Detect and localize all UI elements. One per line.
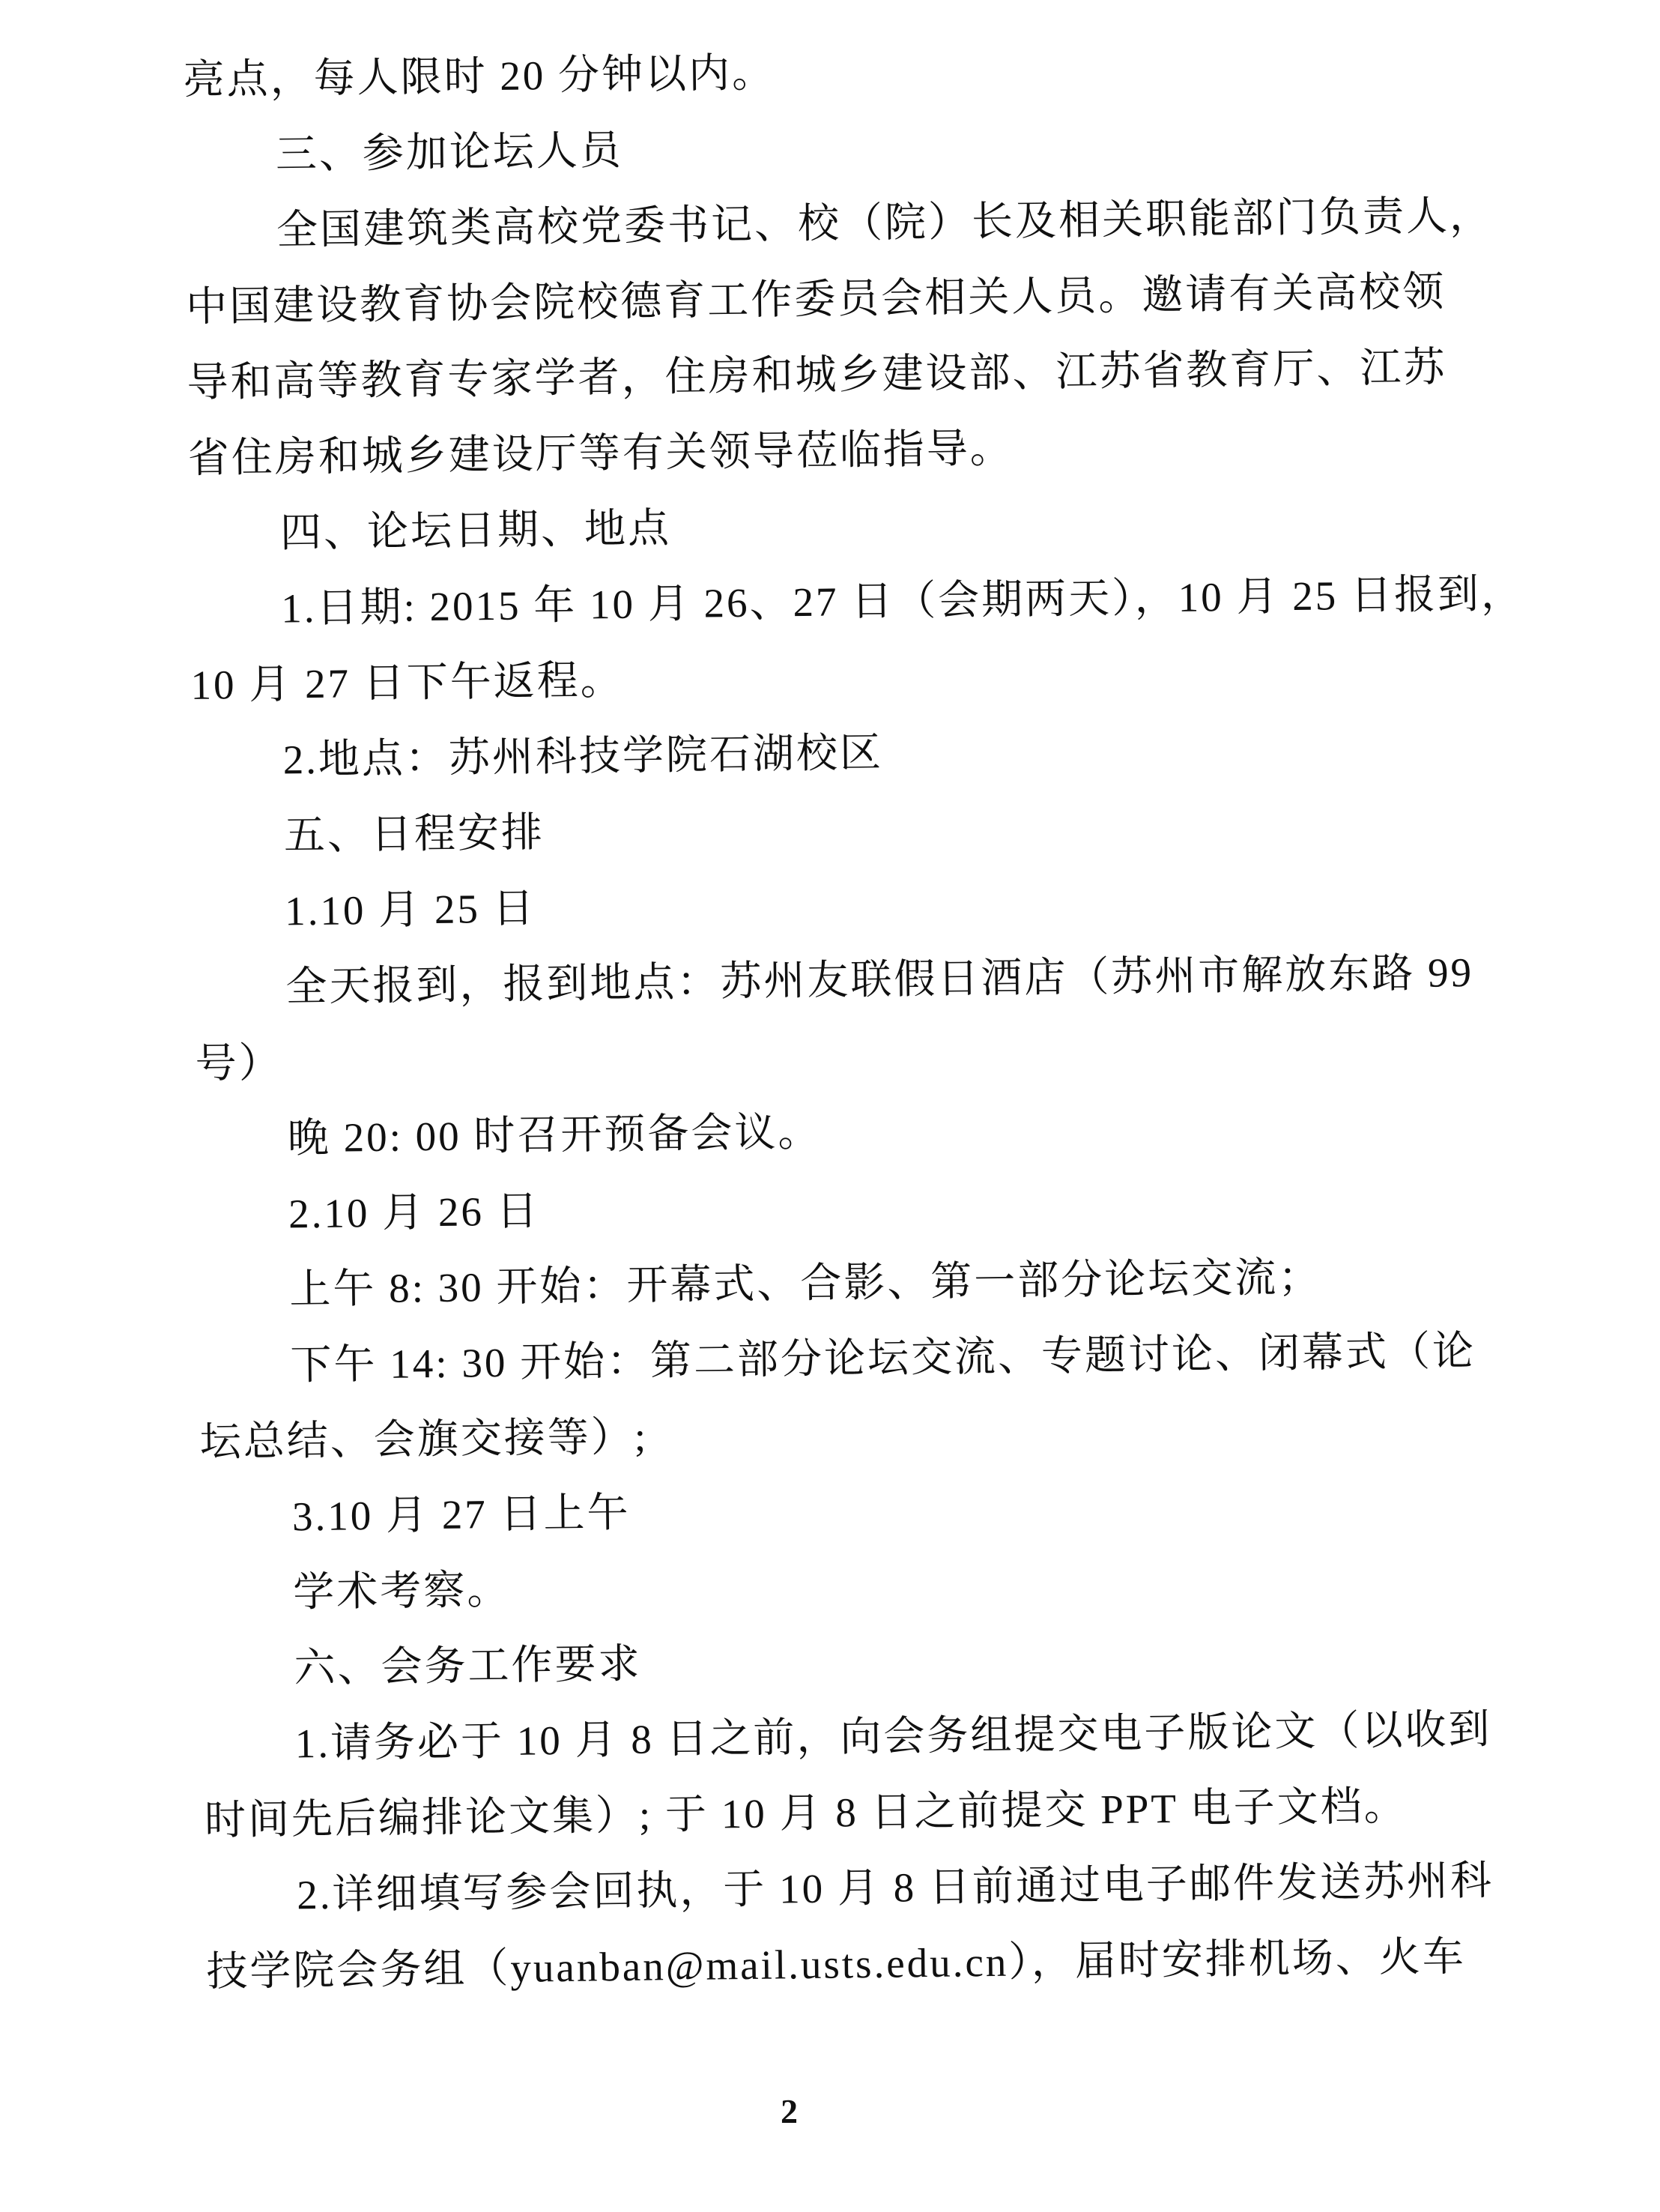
document-page: 亮点，每人限时 20 分钟以内。三、参加论坛人员全国建筑类高校党委书记、校（院）… [0,0,1660,2212]
text-line: 技学院会务组（yuanban@mail.usts.edu.cn），届时安排机场、… [206,1917,1594,2010]
page-number: 2 [781,2092,798,2131]
document-text-block: 亮点，每人限时 20 分钟以内。三、参加论坛人员全国建筑类高校党委书记、校（院）… [0,0,1660,2012]
